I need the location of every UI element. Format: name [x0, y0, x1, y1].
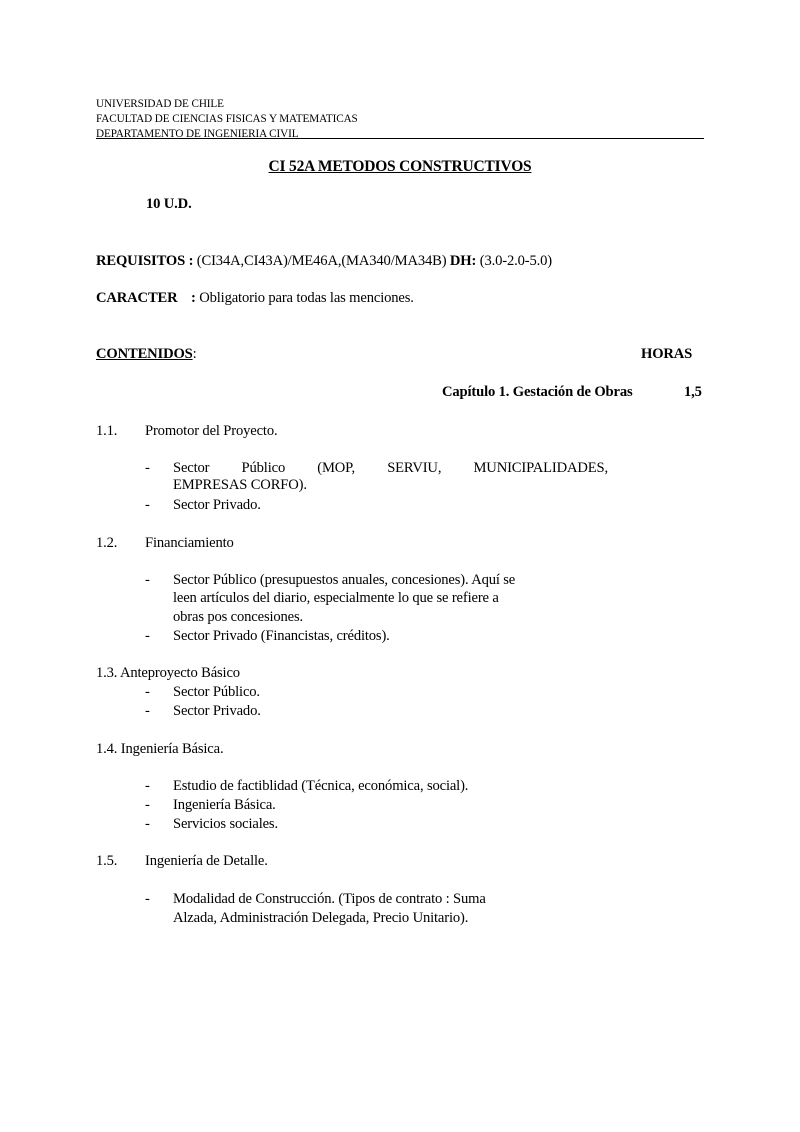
bullet-text: Sector Público.: [173, 684, 260, 701]
bullet-text: Modalidad de Construcción. (Tipos de con…: [173, 891, 486, 908]
caracter-separator: :: [188, 290, 196, 306]
section-heading: 1.3. Anteproyecto Básico: [96, 665, 240, 682]
bullet-text: Sector Público (MOP, SERVIU, MUNICIPALID…: [173, 460, 608, 477]
bullet-text-continuation: leen artículos del diario, especialmente…: [173, 590, 499, 607]
requisitos-line: REQUISITOS : (CI34A,CI43A)/ME46A,(MA340/…: [96, 253, 552, 270]
section-number: 1.2.: [96, 535, 117, 552]
section-heading: 1.4. Ingeniería Básica.: [96, 741, 223, 758]
bullet-text: Sector Privado (Financistas, créditos).: [173, 628, 390, 645]
bullet-text-continuation: EMPRESAS CORFO).: [173, 477, 307, 494]
dh-label: DH:: [450, 253, 476, 269]
bullet-text: Servicios sociales.: [173, 816, 278, 833]
bullet-text: Sector Público (presupuestos anuales, co…: [173, 572, 515, 589]
bullet-text: Estudio de factiblidad (Técnica, económi…: [173, 778, 468, 795]
bullet-marker: -: [145, 816, 150, 833]
department-name: DEPARTAMENTO DE INGENIERIA CIVIL: [96, 127, 299, 142]
word: Sector: [173, 460, 209, 477]
caracter-line: CARACTER : Obligatorio para todas las me…: [96, 290, 414, 307]
header-rule: [96, 138, 704, 139]
bullet-marker: -: [145, 891, 150, 908]
section-number: 1.1.: [96, 423, 117, 440]
bullet-text: Sector Privado.: [173, 703, 261, 720]
dh-value: (3.0-2.0-5.0): [476, 253, 552, 269]
section-title: Promotor del Proyecto.: [145, 423, 277, 440]
bullet-text: Ingeniería Básica.: [173, 797, 276, 814]
section-title: Ingeniería de Detalle.: [145, 853, 268, 870]
bullet-marker: -: [145, 497, 150, 514]
bullet-marker: -: [145, 797, 150, 814]
faculty-name: FACULTAD DE CIENCIAS FISICAS Y MATEMATIC…: [96, 112, 358, 127]
bullet-marker: -: [145, 460, 150, 477]
bullet-marker: -: [145, 572, 150, 589]
caracter-label: CARACTER: [96, 290, 178, 306]
word: (MOP,: [317, 460, 355, 477]
word: Público: [242, 460, 286, 477]
bullet-marker: -: [145, 703, 150, 720]
bullet-marker: -: [145, 778, 150, 795]
requisitos-value: (CI34A,CI43A)/ME46A,(MA340/MA34B): [193, 253, 450, 269]
course-units: 10 U.D.: [146, 196, 192, 213]
bullet-marker: -: [145, 628, 150, 645]
bullet-text-continuation: Alzada, Administración Delegada, Precio …: [173, 910, 468, 927]
contents-label-suffix: :: [193, 346, 197, 362]
contents-label: CONTENIDOS: [96, 346, 193, 362]
university-name: UNIVERSIDAD DE CHILE: [96, 97, 224, 112]
section-number: 1.5.: [96, 853, 117, 870]
word: MUNICIPALIDADES,: [473, 460, 608, 477]
course-title: CI 52A METODOS CONSTRUCTIVOS: [0, 158, 800, 176]
chapter-title: Capítulo 1. Gestación de Obras: [442, 384, 633, 401]
requisitos-label: REQUISITOS :: [96, 253, 193, 269]
hours-header: HORAS: [641, 346, 692, 363]
word: SERVIU,: [387, 460, 441, 477]
chapter-hours: 1,5: [684, 384, 702, 401]
caracter-value: Obligatorio para todas las menciones.: [196, 290, 414, 306]
bullet-text: Sector Privado.: [173, 497, 261, 514]
contents-heading: CONTENIDOS:: [96, 346, 197, 363]
section-title: Financiamiento: [145, 535, 234, 552]
bullet-text-continuation: obras pos concesiones.: [173, 609, 303, 626]
bullet-marker: -: [145, 684, 150, 701]
